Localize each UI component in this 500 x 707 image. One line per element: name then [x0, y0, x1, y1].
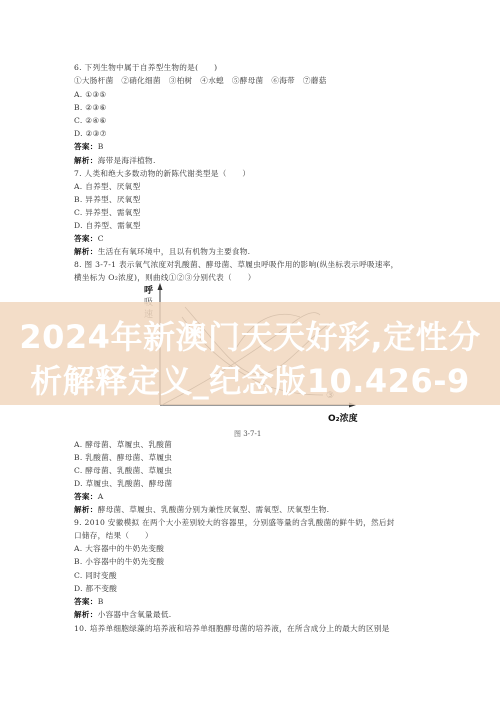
answer-label: 答案： — [74, 597, 98, 606]
q10-stem-line1: 10. 培养单细胞绿藻的培养液和培养单细胞酵母菌的培养液，在所含成分上的最大的区… — [74, 624, 390, 634]
analysis-text: 海带是海洋植物. — [98, 156, 156, 165]
watermark-banner: 2024年新澳门天天好彩,定性分 析解释定义_纪念版10.426-9 — [0, 302, 500, 405]
watermark-line1: 2024年新澳门天天好彩,定性分 — [0, 312, 500, 358]
q6-option-c: C. ②④⑥ — [74, 116, 107, 126]
q8-option-c: C. 酵母菌、乳酸菌、草履虫 — [74, 466, 172, 476]
q7-answer: 答案：C — [74, 234, 104, 244]
q7-option-d: D. 自养型、需氧型 — [74, 221, 141, 231]
answer-value: C — [98, 234, 104, 243]
answer-value: A — [98, 492, 104, 501]
answer-value: B — [98, 142, 104, 151]
q6-analysis: 解析：海带是海洋植物. — [74, 156, 156, 166]
answer-label: 答案： — [74, 492, 98, 501]
q7-option-b: B. 异养型、厌氧型 — [74, 195, 141, 205]
analysis-label: 解析： — [74, 505, 98, 514]
x-axis-label: O₂浓度 — [328, 412, 358, 424]
q9-stem-line1: 9. 2010 安徽模拟 在两个大小差别较大的容器里，分别盛等量的含乳酸菌的鲜牛… — [74, 518, 395, 528]
q6-option-d: D. ②③⑦ — [74, 129, 107, 139]
watermark-line2: 析解释定义_纪念版10.426-9 — [0, 356, 500, 402]
analysis-label: 解析： — [74, 610, 98, 619]
q7-option-a: A. 自养型、厌氧型 — [74, 182, 140, 192]
figure-caption: 图 3-7-1 — [234, 429, 261, 439]
q9-option-b: B. 小容器中的牛奶先变酸 — [74, 557, 164, 567]
analysis-text: 酵母菌、草履虫、乳酸菌分别为兼性厌氧型、需氧型、厌氧型生物. — [98, 505, 330, 514]
q9-option-c: C. 同时变酸 — [74, 571, 117, 581]
q9-option-a: A. 大容器中的牛奶先变酸 — [74, 544, 164, 554]
answer-value: B — [98, 597, 104, 606]
q9-option-d: D. 都不变酸 — [74, 584, 117, 594]
q7-option-c: C. 异养型、需氧型 — [74, 208, 141, 218]
q8-analysis: 解析：酵母菌、草履虫、乳酸菌分别为兼性厌氧型、需氧型、厌氧型生物. — [74, 505, 329, 515]
q6-option-a: A. ①③⑤ — [74, 90, 107, 100]
analysis-text: 小容器中含氧量最低. — [98, 610, 172, 619]
q8-option-b: B. 乳酸菌、酵母菌、草履虫 — [74, 453, 172, 463]
q9-answer: 答案：B — [74, 597, 104, 607]
q8-option-a: A. 酵母菌、草履虫、乳酸菌 — [74, 440, 172, 450]
answer-label: 答案： — [74, 142, 98, 151]
q9-stem-line2: 口储存，结果（ ） — [74, 531, 153, 541]
q8-answer: 答案：A — [74, 492, 103, 502]
y-axis-label-char1: 呼 — [144, 284, 154, 296]
q6-items: ①大肠杆菌 ②硝化细菌 ③柏树 ④水螅 ⑤酵母菌 ⑥海带 ⑦蘑菇 — [74, 76, 327, 86]
answer-label: 答案： — [74, 234, 98, 243]
q8-option-d: D. 草履虫、乳酸菌、酵母菌 — [74, 479, 172, 489]
q6-answer: 答案：B — [74, 142, 104, 152]
q7-stem: 7. 人类和绝大多数动物的新陈代谢类型是（ ） — [74, 169, 250, 179]
analysis-label: 解析： — [74, 247, 98, 256]
q6-option-b: B. ②③⑥ — [74, 103, 107, 113]
q9-analysis: 解析：小容器中含氧量最低. — [74, 610, 171, 620]
analysis-label: 解析： — [74, 156, 98, 165]
q6-stem: 6. 下列生物中属于自养型生物的是( ) — [74, 63, 217, 73]
